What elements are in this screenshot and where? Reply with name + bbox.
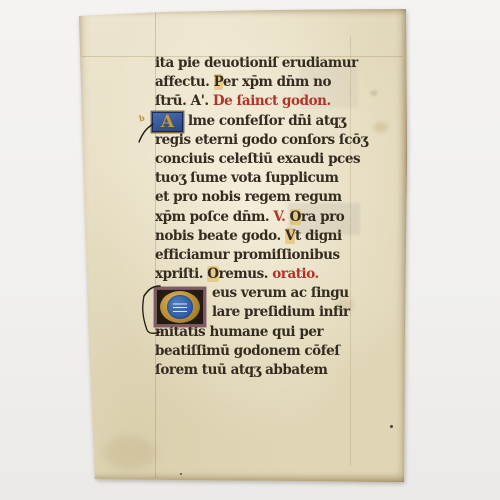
body-text <box>285 209 289 225</box>
manuscript-text-line: tuoʒ ſume vota ſupplicum <box>155 169 370 188</box>
pen-flourish-icon <box>137 122 157 144</box>
body-text: eus verum ac ſingu <box>212 285 349 301</box>
body-text: conciuis celeſtiū exaudi pces <box>155 151 360 167</box>
text-block: ita pie deuotioniſ erudiamuraffectu. Per… <box>155 54 370 380</box>
manuscript-text-line: lme confeſſor dn̄i atqʒ <box>155 112 370 131</box>
body-text: remus. <box>219 266 273 282</box>
manuscript-text-line: xpriſti. Oremus. oratio. <box>155 265 370 284</box>
body-text: O <box>290 209 301 225</box>
stain-mark <box>180 473 182 475</box>
manuscript-text-line: et pro nobis regem regum <box>155 188 370 207</box>
stain-mark <box>374 122 388 132</box>
rubric-text: oratio. <box>272 266 319 282</box>
manuscript-text-line: nobis beate godo. Vt digni <box>155 227 370 246</box>
body-text: affectu. <box>155 74 214 90</box>
body-text: ita pie deuotioniſ erudiamur <box>155 55 358 71</box>
manuscript-text-line: ſorem tuū atqʒ abbatem <box>155 361 370 380</box>
body-text: t digni <box>295 228 342 244</box>
body-text: ſtrū. A'. <box>155 93 213 109</box>
rubric-text: V. <box>273 209 285 225</box>
body-text: V <box>285 228 295 244</box>
body-text: tuoʒ ſume vota ſupplicum <box>155 170 338 186</box>
stain-mark <box>390 425 393 428</box>
body-text: lme confeſſor dn̄i atqʒ <box>188 113 346 129</box>
manuscript-text-line: ita pie deuotioniſ erudiamur <box>155 54 370 73</box>
manuscript-text-line: efficiamur promiſſionibus <box>155 246 370 265</box>
illuminated-initial-a: A <box>151 111 184 133</box>
manuscript-text-line: ſtrū. A'. De ſainct godon. <box>155 92 370 111</box>
vellum-page: ita pie deuotioniſ erudiamuraffectu. Per… <box>76 6 408 483</box>
rubric-text: De ſainct godon. <box>213 93 331 109</box>
initial-letter-a: A <box>161 114 174 131</box>
body-text: O <box>207 266 218 282</box>
body-text: xpriſti. <box>155 266 207 282</box>
stain-mark <box>104 436 156 470</box>
photo-background: ita pie deuotioniſ erudiamuraffectu. Per… <box>0 0 500 500</box>
manuscript-text-line: beatiſſimū godonem cōfeſ <box>155 342 370 361</box>
body-text: lare preſidium infir <box>212 304 350 320</box>
body-text: ra pro <box>301 209 344 225</box>
body-text: er xp̄m dn̄m no <box>223 74 331 90</box>
body-text: regis eterni godo conſors ſcōʒ <box>155 132 368 148</box>
manuscript-text-line: xp̄m poſce dn̄m. V. Ora pro <box>155 208 370 227</box>
manuscript-text-line: regis eterni godo conſors ſcōʒ <box>155 131 370 150</box>
manuscript-text-line: conciuis celeſtiū exaudi pces <box>155 150 370 169</box>
stain-mark <box>370 90 378 96</box>
initial-d-blue-counter <box>167 295 193 319</box>
manuscript-leaf: ita pie deuotioniſ erudiamuraffectu. Per… <box>76 6 408 483</box>
body-text: nobis beate godo. <box>155 228 285 244</box>
pen-flourish-icon <box>140 282 162 338</box>
body-text: xp̄m poſce dn̄m. <box>155 209 273 225</box>
manuscript-text-line: affectu. Per xp̄m dn̄m no <box>155 73 370 92</box>
body-text: P <box>214 74 223 90</box>
white-filigree <box>173 301 187 313</box>
body-text: beatiſſimū godonem cōfeſ <box>155 343 340 359</box>
illuminated-initial-d: D <box>154 287 206 327</box>
body-text: et pro nobis regem regum <box>155 189 342 205</box>
body-text: efficiamur promiſſionibus <box>155 247 340 263</box>
body-text: ſorem tuū atqʒ abbatem <box>155 362 327 378</box>
